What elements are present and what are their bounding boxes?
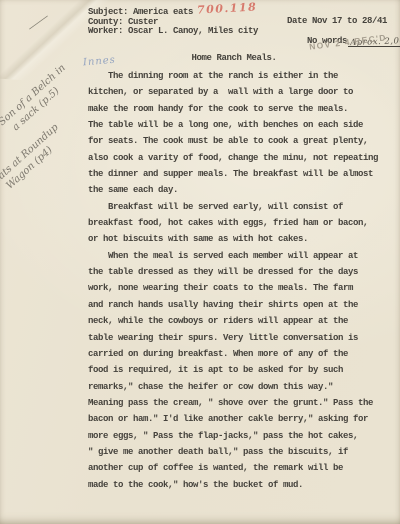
document-page: Subject: America eats County: Custer Wor… xyxy=(0,0,400,524)
margin-note-son-of-a-belch: Son of a Belch in a sack (p.5) xyxy=(0,62,77,138)
pencil-check-mark xyxy=(29,15,48,29)
subject-line: Subject: America eats xyxy=(88,7,193,17)
file-number-annotation: 700.118 xyxy=(197,0,258,16)
county-line: County: Custer xyxy=(88,17,158,27)
date-line: Date Nov 17 to 28/41 xyxy=(287,16,387,26)
document-title: Home Ranch Meals. xyxy=(88,53,380,63)
worker-line: Worker: Oscar L. Canoy, Miles city xyxy=(88,26,258,36)
document-body: The dinning room at the ranch is either … xyxy=(88,68,378,493)
